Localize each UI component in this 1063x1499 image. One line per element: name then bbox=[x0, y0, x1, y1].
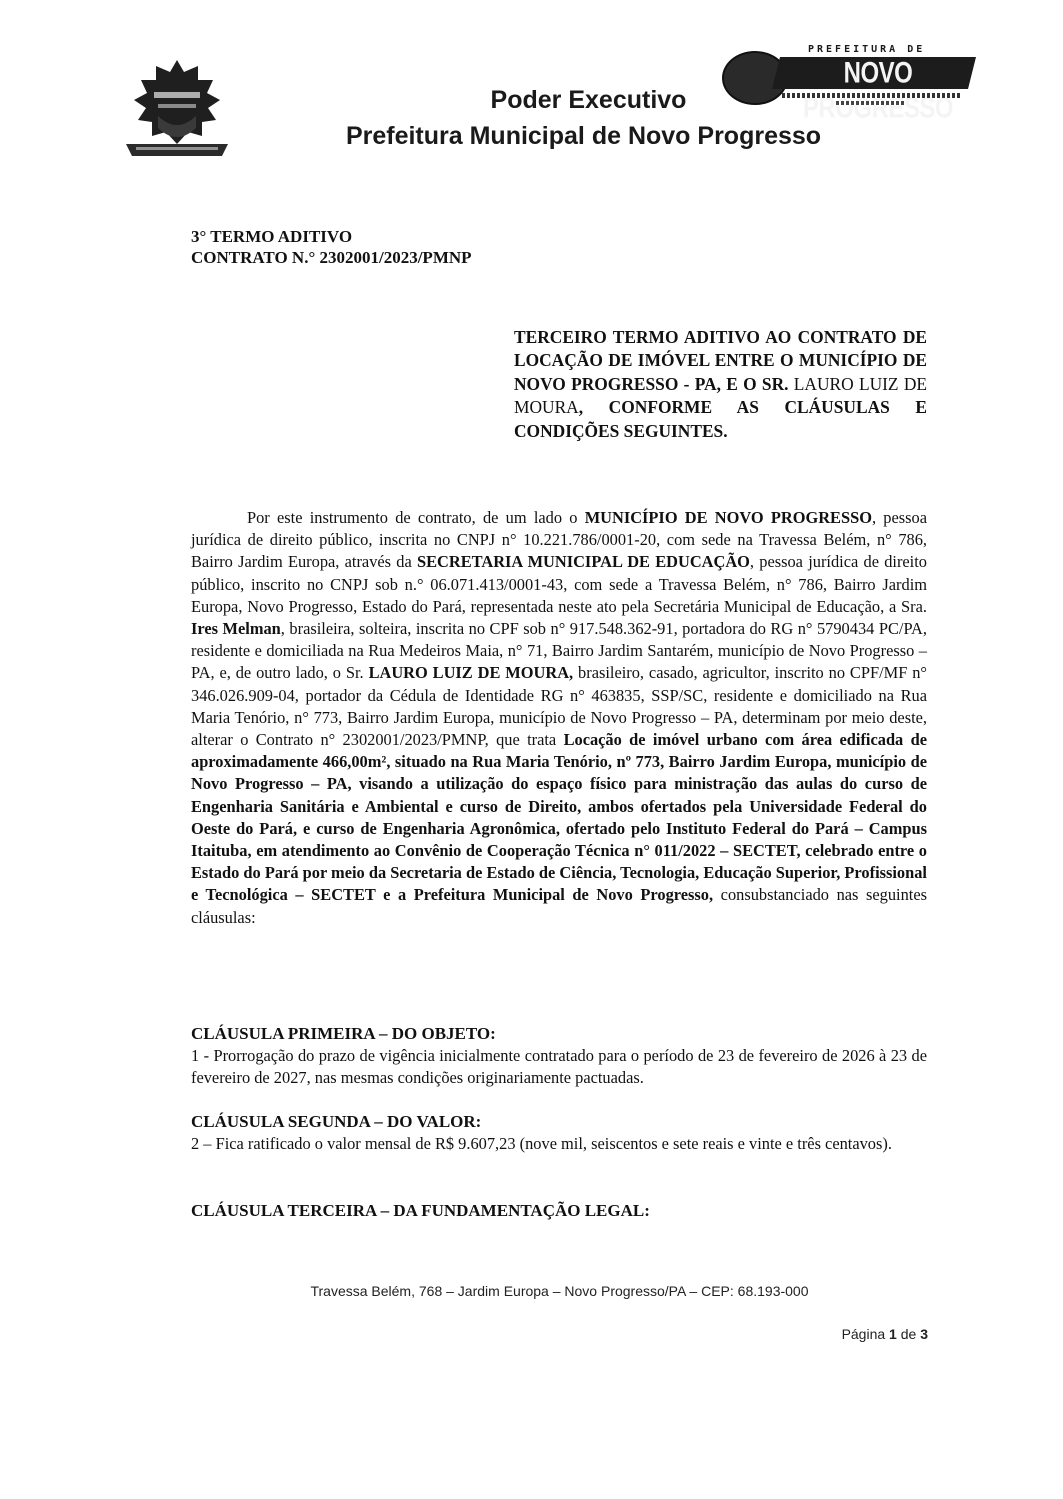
party-secretariat: SECRETARIA MUNICIPAL DE EDUCAÇÃO bbox=[417, 552, 750, 571]
representative-name: Ires Melman bbox=[191, 619, 281, 638]
contract-summary: TERCEIRO TERMO ADITIVO AO CONTRATO DE LO… bbox=[514, 326, 927, 443]
page-of: de bbox=[901, 1326, 917, 1342]
preamble-run: Por este instrumento de contrato, de um … bbox=[247, 508, 585, 527]
page-label: Página bbox=[842, 1326, 886, 1342]
term-label: 3° TERMO ADITIVO bbox=[191, 226, 472, 247]
page-current: 1 bbox=[889, 1326, 897, 1342]
contract-object-description: Locação de imóvel urbano com área edific… bbox=[191, 730, 927, 904]
lessor-name: LAURO LUIZ DE MOURA, bbox=[369, 663, 574, 682]
page-total: 3 bbox=[920, 1326, 928, 1342]
footer-address: Travessa Belém, 768 – Jardim Europa – No… bbox=[0, 1283, 1063, 1299]
clause-first: CLÁUSULA PRIMEIRA – DO OBJETO: 1 - Prorr… bbox=[191, 1023, 927, 1090]
document-page: PREFEITURA DE NOVO PROGRESSO Poder Execu… bbox=[0, 0, 1063, 1499]
clause-title: CLÁUSULA SEGUNDA – DO VALOR: bbox=[191, 1111, 927, 1133]
brand-top-text: PREFEITURA DE bbox=[808, 44, 925, 55]
contract-number: CONTRATO N.° 2302001/2023/PMNP bbox=[191, 247, 472, 268]
clause-text: 2 – Fica ratificado o valor mensal de R$… bbox=[191, 1134, 892, 1153]
party-municipality: MUNICÍPIO DE NOVO PROGRESSO bbox=[585, 508, 872, 527]
term-heading: 3° TERMO ADITIVO CONTRATO N.° 2302001/20… bbox=[191, 226, 472, 268]
header-title-executive: Poder Executivo bbox=[0, 86, 1063, 115]
clause-third: CLÁUSULA TERCEIRA – DA FUNDAMENTAÇÃO LEG… bbox=[191, 1200, 927, 1222]
clause-text: 1 - Prorrogação do prazo de vigência ini… bbox=[191, 1046, 927, 1087]
contract-preamble: Por este instrumento de contrato, de um … bbox=[191, 507, 927, 929]
header-title-municipality: Prefeitura Municipal de Novo Progresso bbox=[0, 122, 1063, 151]
page-number: Página 1 de 3 bbox=[842, 1326, 928, 1342]
clause-title: CLÁUSULA PRIMEIRA – DO OBJETO: bbox=[191, 1023, 927, 1045]
clause-title: CLÁUSULA TERCEIRA – DA FUNDAMENTAÇÃO LEG… bbox=[191, 1200, 927, 1222]
clause-second: CLÁUSULA SEGUNDA – DO VALOR: 2 – Fica ra… bbox=[191, 1111, 927, 1155]
